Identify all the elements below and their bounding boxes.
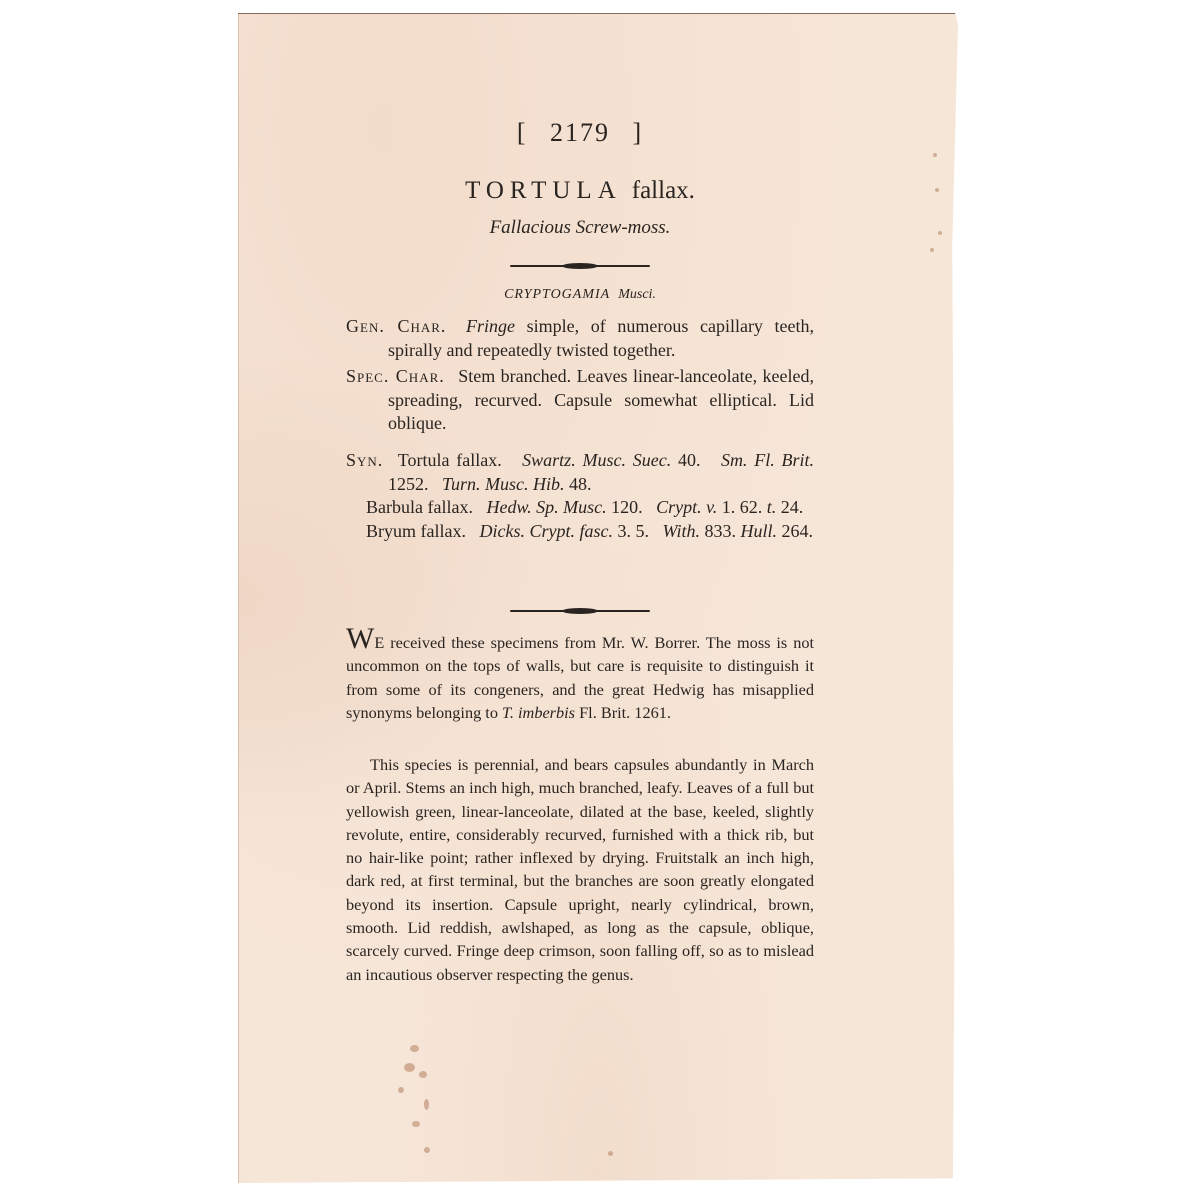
spec-char-text: Stem branched. Leaves linear-lanceolate,… (388, 366, 814, 433)
foxing-spot (419, 1071, 427, 1078)
foxing-spot (938, 231, 942, 235)
paragraph-text: Fl. Brit. 1261. (579, 703, 671, 722)
ornamental-rule (510, 609, 650, 613)
ref-num: 40. (678, 450, 701, 470)
ref-italic: Dicks. Crypt. fasc. (479, 521, 612, 541)
ref-num: 833. (704, 521, 736, 541)
description-paragraph: WE received these specimens from Mr. W. … (346, 629, 814, 724)
synonymy: Syn. Tortula fallax. Swartz. Musc. Suec.… (346, 449, 814, 543)
plate-number: [ 2179 ] (346, 118, 814, 148)
order-name: Musci. (618, 287, 656, 302)
synonym-name: Tortula fallax. (398, 450, 502, 470)
foxing-spot (935, 188, 939, 192)
description-paragraph: This species is perennial, and bears cap… (346, 753, 814, 986)
foxing-spot (424, 1099, 429, 1110)
species-title: TORTULAfallax. (346, 177, 814, 205)
foxing-spot (933, 153, 937, 157)
ref-italic: With. (662, 521, 700, 541)
foxing-spot (404, 1063, 415, 1072)
book-page: [ 2179 ] TORTULAfallax. Fallacious Screw… (238, 13, 958, 1183)
generic-character: Gen. Char. Fringe simple, of numerous ca… (346, 315, 814, 362)
ref-num: 24. (781, 497, 804, 517)
gen-char-label: Gen. Char. (346, 316, 446, 336)
species-epithet: fallax. (632, 177, 695, 204)
class-name: CRYPTOGAMIA (504, 287, 610, 302)
foxing-spot (398, 1087, 404, 1093)
gen-char-text: simple, of numerous capillary teeth, spi… (388, 316, 814, 360)
ref-num: 120. (611, 497, 643, 517)
foxing-spot (930, 248, 934, 252)
ref-italic: Swartz. Musc. Suec. (522, 450, 671, 470)
spec-char-label: Spec. Char. (346, 366, 445, 386)
foxing-spot (608, 1151, 613, 1156)
specific-character: Spec. Char. Stem branched. Leaves linear… (346, 365, 814, 436)
synonym-entry: Syn. Tortula fallax. Swartz. Musc. Suec.… (346, 449, 814, 496)
drop-cap: W (346, 622, 374, 655)
foxing-spot (410, 1045, 419, 1052)
ref-italic: Crypt. v. (656, 497, 717, 517)
classification: CRYPTOGAMIAMusci. (346, 287, 814, 303)
ref-num: 1252. (388, 474, 429, 494)
foxing-spot (424, 1147, 430, 1153)
italic-ref: T. imberbis (502, 703, 575, 722)
ornamental-rule (510, 264, 650, 268)
synonym-entry: Bryum fallax. Dicks. Crypt. fasc. 3. 5. … (346, 520, 814, 544)
foxing-spot (412, 1121, 420, 1127)
gen-char-italic: Fringe (466, 316, 515, 336)
ref-num: 48. (569, 474, 592, 494)
ref-italic: t. (767, 497, 777, 517)
synonym-entry: Barbula fallax. Hedw. Sp. Musc. 120. Cry… (346, 496, 814, 520)
genus-name: TORTULA (465, 177, 622, 204)
ref-num: 1. 62. (722, 497, 763, 517)
synonym-name: Barbula fallax. (366, 497, 473, 517)
synonym-name: Bryum fallax. (366, 521, 466, 541)
ref-italic: Sm. Fl. Brit. (721, 450, 814, 470)
ref-num: 264. (782, 521, 814, 541)
ref-italic: Hull. (740, 521, 777, 541)
ref-italic: Hedw. Sp. Musc. (486, 497, 606, 517)
syn-label: Syn. (346, 450, 383, 470)
common-name: Fallacious Screw-moss. (346, 217, 814, 239)
ref-num: 3. 5. (617, 521, 649, 541)
ref-italic: Turn. Musc. Hib. (442, 474, 565, 494)
small-cap: E (374, 633, 384, 652)
